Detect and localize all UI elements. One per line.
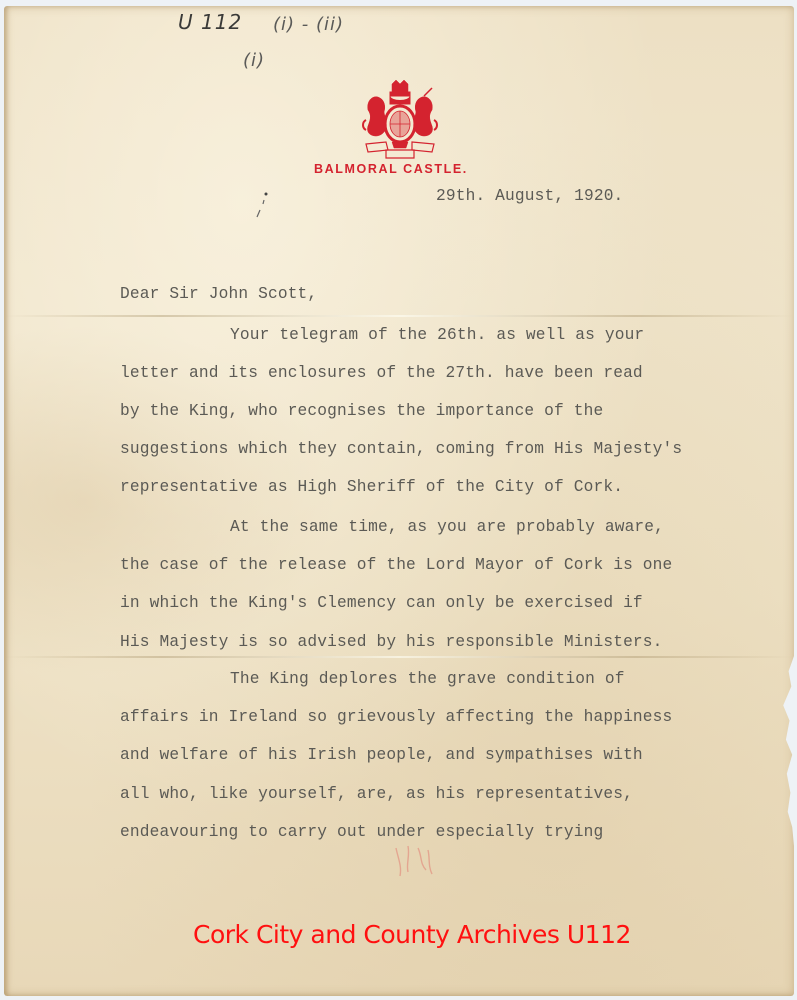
handwritten-reference: U 112: [178, 10, 242, 34]
body-line: and welfare of his Irish people, and sym…: [120, 746, 643, 764]
body-line: the case of the release of the Lord Mayo…: [120, 556, 672, 574]
body-line: in which the King's Clemency can only be…: [120, 594, 643, 612]
royal-crest-icon: [362, 80, 438, 166]
body-line: letter and its enclosures of the 27th. h…: [120, 364, 643, 382]
body-line: all who, like yourself, are, as his repr…: [120, 785, 633, 803]
body-line: affairs in Ireland so grievously affecti…: [120, 708, 672, 726]
faint-red-stamp-icon: [392, 842, 438, 880]
archive-watermark: Cork City and County Archives U112: [193, 920, 631, 949]
body-line: His Majesty is so advised by his respons…: [120, 633, 663, 651]
body-line: suggestions which they contain, coming f…: [120, 440, 682, 458]
body-line: Your telegram of the 26th. as well as yo…: [230, 326, 644, 344]
body-line: endeavouring to carry out under especial…: [120, 823, 603, 841]
salutation: Dear Sir John Scott,: [120, 285, 317, 303]
handwritten-item: (i): [243, 50, 265, 71]
body-line: At the same time, as you are probably aw…: [230, 518, 664, 536]
body-line: representative as High Sheriff of the Ci…: [120, 478, 623, 496]
handwritten-range: (i) - (ii): [273, 14, 344, 35]
fold-line: [4, 315, 794, 317]
letterhead-address: BALMORAL CASTLE.: [314, 162, 468, 176]
fold-line: [4, 656, 794, 658]
letter-date: 29th. August, 1920.: [436, 187, 623, 205]
body-line: The King deplores the grave condition of: [230, 670, 625, 688]
torn-edge: [776, 656, 794, 846]
body-line: by the King, who recognises the importan…: [120, 402, 603, 420]
ink-mark-icon: [252, 190, 272, 220]
